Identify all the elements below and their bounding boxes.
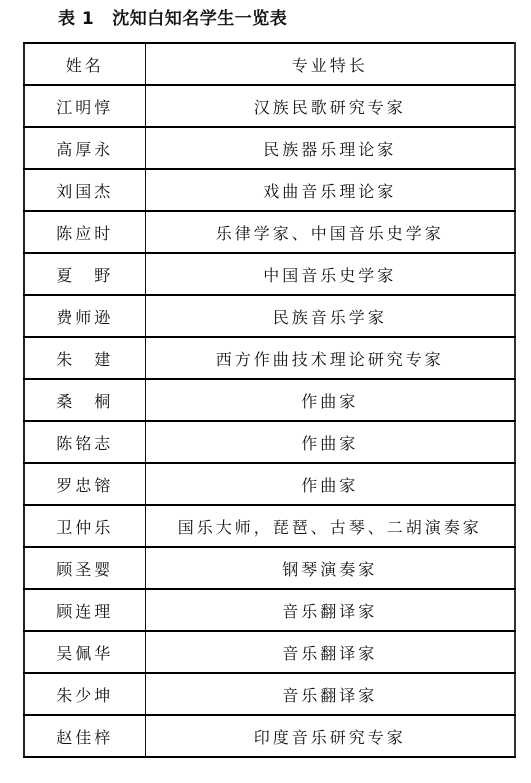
table-row: 顾圣婴钢琴演奏家: [24, 547, 515, 589]
table-row: 罗忠镕作曲家: [24, 463, 515, 505]
student-specialty: 西方作曲技术理论研究专家: [145, 337, 515, 379]
table-row: 夏 野中国音乐史学家: [24, 253, 515, 295]
student-name: 夏 野: [24, 253, 145, 295]
student-specialty: 中国音乐史学家: [145, 253, 515, 295]
student-specialty: 乐律学家、中国音乐史学家: [145, 211, 515, 253]
student-name: 费师逊: [24, 295, 145, 337]
student-name: 朱 建: [24, 337, 145, 379]
table-row: 费师逊民族音乐学家: [24, 295, 515, 337]
table-header-row: 姓名 专业特长: [24, 43, 515, 85]
table-title: 沈知白知名学生一览表: [112, 9, 287, 29]
student-name: 朱少坤: [24, 673, 145, 715]
student-name: 刘国杰: [24, 169, 145, 211]
student-specialty: 作曲家: [145, 421, 515, 463]
student-specialty: 钢琴演奏家: [145, 547, 515, 589]
student-name: 顾连理: [24, 589, 145, 631]
student-name: 卫仲乐: [24, 505, 145, 547]
student-specialty: 民族音乐学家: [145, 295, 515, 337]
column-header-name: 姓名: [24, 43, 145, 85]
student-name: 吴佩华: [24, 631, 145, 673]
table-row: 江明惇汉族民歌研究专家: [24, 85, 515, 127]
students-table: 姓名 专业特长 江明惇汉族民歌研究专家 高厚永民族器乐理论家 刘国杰戏曲音乐理论…: [23, 42, 516, 758]
table-number: 表 1: [58, 6, 94, 32]
student-specialty: 音乐翻译家: [145, 673, 515, 715]
student-name: 罗忠镕: [24, 463, 145, 505]
table-row: 桑 桐作曲家: [24, 379, 515, 421]
table-row: 吴佩华音乐翻译家: [24, 631, 515, 673]
table-row: 陈铭志作曲家: [24, 421, 515, 463]
student-specialty: 作曲家: [145, 379, 515, 421]
table-row: 顾连理音乐翻译家: [24, 589, 515, 631]
table-row: 朱少坤音乐翻译家: [24, 673, 515, 715]
student-name: 江明惇: [24, 85, 145, 127]
table-row: 陈应时乐律学家、中国音乐史学家: [24, 211, 515, 253]
table-row: 卫仲乐国乐大师，琵琶、古琴、二胡演奏家: [24, 505, 515, 547]
table-row: 高厚永民族器乐理论家: [24, 127, 515, 169]
student-name: 顾圣婴: [24, 547, 145, 589]
student-name: 陈铭志: [24, 421, 145, 463]
student-specialty: 汉族民歌研究专家: [145, 85, 515, 127]
column-header-specialty: 专业特长: [145, 43, 515, 85]
student-specialty: 作曲家: [145, 463, 515, 505]
student-name: 陈应时: [24, 211, 145, 253]
table-row: 刘国杰戏曲音乐理论家: [24, 169, 515, 211]
student-name: 桑 桐: [24, 379, 145, 421]
table-row: 朱 建西方作曲技术理论研究专家: [24, 337, 515, 379]
student-specialty: 民族器乐理论家: [145, 127, 515, 169]
student-specialty: 音乐翻译家: [145, 631, 515, 673]
student-specialty: 国乐大师，琵琶、古琴、二胡演奏家: [145, 505, 515, 547]
student-specialty: 戏曲音乐理论家: [145, 169, 515, 211]
student-specialty: 印度音乐研究专家: [145, 715, 515, 757]
table-row: 赵佳梓印度音乐研究专家: [24, 715, 515, 757]
student-specialty: 音乐翻译家: [145, 589, 515, 631]
student-name: 赵佳梓: [24, 715, 145, 757]
table-caption: 表 1沈知白知名学生一览表: [58, 6, 287, 32]
student-name: 高厚永: [24, 127, 145, 169]
